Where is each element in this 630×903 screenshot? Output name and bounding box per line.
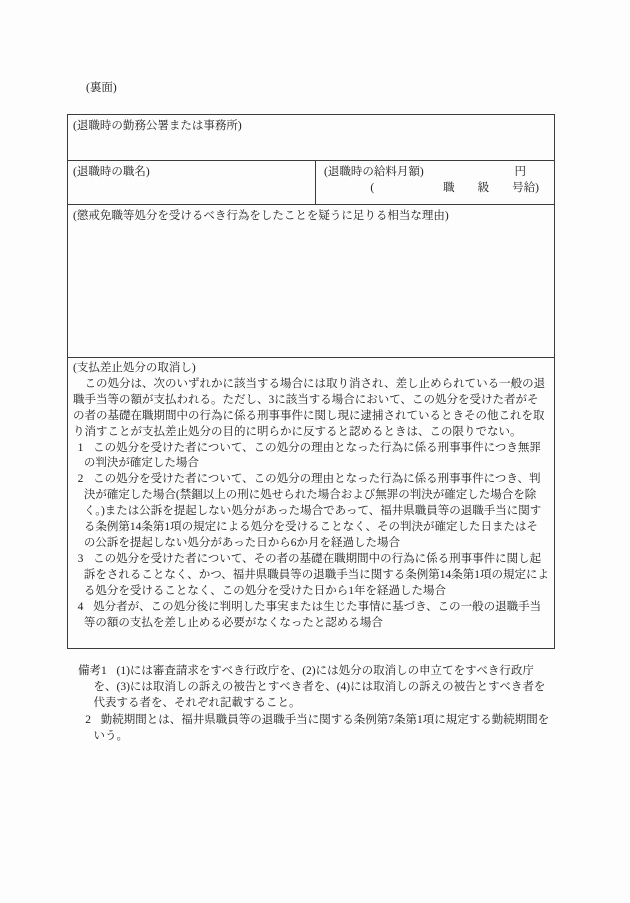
remark-item-1: 備考1(1)には審査請求をすべき行政庁を、(2)には処分の取消しの申立てをすべき… [78,663,554,712]
cancellation-item-4: 4処分者が、この処分後に判明した事実または生じた事情に基づき、この一般の退職手当… [73,600,549,632]
remark-label: 備考1 [78,665,107,677]
item-number: 2 [78,473,84,485]
salary-label: (退職時の給料月額) [324,164,424,180]
cancellation-item-2: 2この処分を受けた者について、この処分の理由となった行為に係る刑事事件につき、判… [73,472,549,552]
payment-suspension-cancellation-row: (支払差止処分の取消し) この処分は、次のいずれかに該当する場合には取り消され、… [68,358,554,648]
office-row: (退職時の勤務公署または事務所) [68,115,554,161]
cancellation-intro: この処分は、次のいずれかに該当する場合には取り消され、差し止められている一般の退… [73,377,549,441]
item-number: 4 [78,601,84,613]
office-label: (退職時の勤務公署または事務所) [73,120,242,132]
item-text: 処分者が、この処分後に判明した事実または生じた事情に基づき、この一般の退職手当等… [84,601,541,629]
item-text: この処分を受けた者について、その者の基礎在職期間中の行為に係る刑事事件に関し起訴… [84,553,549,597]
form-back-page: (裏面) (退職時の勤務公署または事務所) (退職時の職名) (退職時の給料月額… [0,0,630,903]
remark-text: (1)には審査請求をすべき行政庁を、(2)には処分の取消しの申立てをすべき行政庁… [94,665,546,709]
item-text: この処分を受けた者について、この処分の理由となった行為に係る刑事事件につき、判決… [84,473,541,549]
dismissal-reason-label: (懲戒免職等処分を受けるべき行為をしたことを疑うに足りる相当な理由) [73,210,449,222]
item-text: この処分を受けた者について、この処分の理由となった行為に係る刑事事件につき無罪の… [84,442,541,470]
remarks-section: 備考1(1)には審査請求をすべき行政庁を、(2)には処分の取消しの申立てをすべき… [78,663,554,744]
yen-unit-label: 円 [515,164,527,180]
page-side-label: (裏面) [86,80,117,96]
cancellation-item-1: 1この処分を受けた者について、この処分の理由となった行為に係る刑事事件につき無罪… [73,441,549,473]
cancellation-title: (支払差止処分の取消し) [73,361,549,377]
remark-text: 勤続期間とは、福井県職員等の退職手当に関する条例第7条第1項に規定する勤続期間を… [94,714,550,742]
remark-item-2: 2勤続期間とは、福井県職員等の退職手当に関する条例第7条第1項に規定する勤続期間… [78,712,554,744]
job-title-label: (退職時の職名) [73,166,150,178]
job-title-cell: (退職時の職名) [68,161,316,204]
item-number: 3 [78,553,84,565]
dismissal-reason-row: (懲戒免職等処分を受けるべき行為をしたことを疑うに足りる相当な理由) [68,205,554,358]
item-number: 1 [78,442,84,454]
salary-cell: (退職時の給料月額) 円 ( 職 級 号給) [316,161,554,204]
cancellation-item-3: 3この処分を受けた者について、その者の基礎在職期間中の行為に係る刑事事件に関し起… [73,552,549,600]
retirement-form-table: (退職時の勤務公署または事務所) (退職時の職名) (退職時の給料月額) 円 (… [67,114,555,649]
salary-grade-line: ( 職 級 号給) [324,180,549,196]
job-salary-row: (退職時の職名) (退職時の給料月額) 円 ( 職 級 号給) [68,161,554,205]
salary-top-line: (退職時の給料月額) 円 [324,164,549,180]
remark-label: 2 [85,714,91,726]
